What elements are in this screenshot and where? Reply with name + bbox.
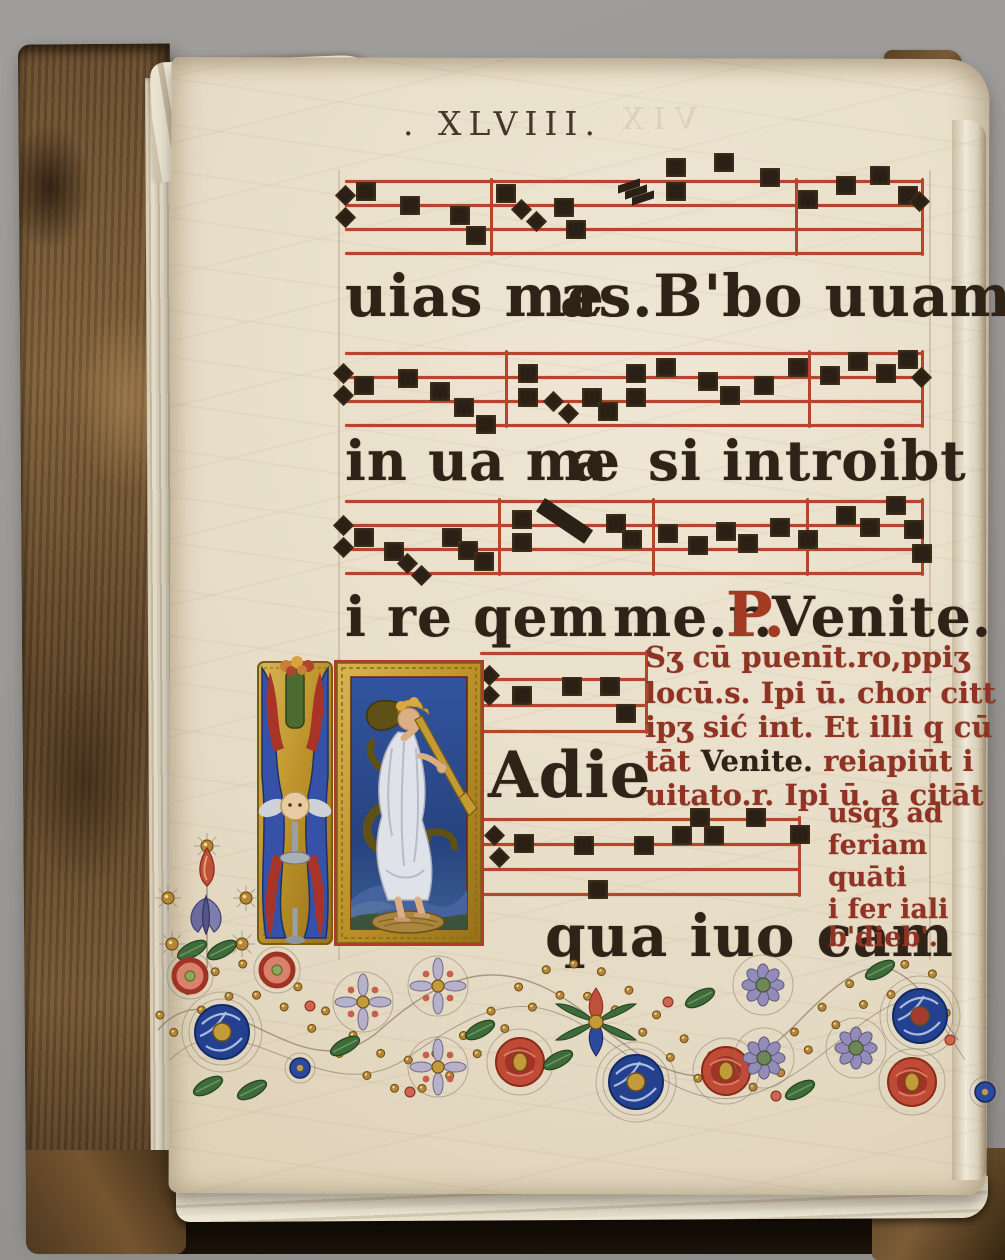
staff-line <box>345 352 923 355</box>
book-cover-corner-bottom-left <box>26 1150 186 1254</box>
neume-square <box>790 825 810 844</box>
side-rubric-line: b'dieb'. <box>828 922 938 953</box>
neume-square <box>904 520 924 539</box>
folio-number: . XLVIII. <box>0 104 1005 143</box>
neume-square <box>574 836 594 855</box>
neume-square <box>626 364 646 383</box>
staff-divider <box>652 498 655 576</box>
neume-square <box>720 386 740 405</box>
staff-line <box>480 652 646 655</box>
staff-line <box>480 868 800 871</box>
neume-square <box>466 226 486 245</box>
neume-square <box>912 544 932 563</box>
neume-square <box>600 677 620 696</box>
staff-divider <box>921 178 924 256</box>
neume-square <box>518 364 538 383</box>
lyric-line-3-left: i re qem <box>345 584 608 649</box>
neume-square <box>788 358 808 377</box>
side-rubric-line: i fer iali <box>828 894 948 925</box>
neume-square <box>634 836 654 855</box>
neume-square <box>626 388 646 407</box>
neume-square <box>514 834 534 853</box>
neume-square <box>566 220 586 239</box>
staff-divider <box>505 350 508 428</box>
staff-divider <box>921 350 924 428</box>
neume-square <box>562 677 582 696</box>
neume-square <box>770 518 790 537</box>
neume-square <box>616 704 636 723</box>
staff-divider <box>808 350 811 428</box>
lyric-line-2-mid: a <box>572 428 609 493</box>
side-rubric-line: usqʒ ad <box>828 798 943 829</box>
neume-square <box>598 402 618 421</box>
pillar-ornament <box>256 656 334 944</box>
neume-square <box>656 358 676 377</box>
showthrough-text: VIX <box>612 102 697 137</box>
neume-square <box>512 686 532 705</box>
neume-square <box>658 524 678 543</box>
staff-divider <box>498 498 501 576</box>
neume-square <box>704 826 724 845</box>
neume-square <box>738 534 758 553</box>
neume-square <box>354 528 374 547</box>
neume-square <box>666 182 686 201</box>
rubric-line: ipʒ sić int. Et illi q cū <box>645 710 993 744</box>
staff-line <box>345 424 923 427</box>
neume-square <box>666 158 686 177</box>
staff-line <box>345 500 923 503</box>
neume-square <box>588 880 608 899</box>
neume-square <box>400 196 420 215</box>
neume-square <box>512 533 532 552</box>
neume-square <box>870 166 890 185</box>
neume-square <box>450 206 470 225</box>
staff-line <box>345 252 923 255</box>
side-rubric-line: quāti <box>828 862 907 893</box>
neume-square <box>356 182 376 201</box>
rubric-line: Sʒ cū puenīt.ro,ppiʒ <box>645 640 970 674</box>
neume-square <box>714 153 734 172</box>
neume-square <box>554 198 574 217</box>
lyric-line-2-right: si introibt <box>648 428 967 493</box>
neume-square <box>454 398 474 417</box>
neume-square <box>798 530 818 549</box>
neume-square <box>622 530 642 549</box>
neume-square <box>886 496 906 515</box>
neume-square <box>848 352 868 371</box>
neume-square <box>398 369 418 388</box>
neume-square <box>496 184 516 203</box>
neume-square <box>876 364 896 383</box>
side-rubric-line: feriam <box>828 830 927 861</box>
neume-square <box>672 826 692 845</box>
neume-square <box>836 176 856 195</box>
neume-square <box>512 510 532 529</box>
manuscript-photo: . XLVIII. VIX uias me as.B'bo uuam in ua… <box>0 0 1005 1260</box>
neume-square <box>754 376 774 395</box>
neume-square <box>430 382 450 401</box>
neume-square <box>698 372 718 391</box>
neume-square <box>474 552 494 571</box>
rubric-line: locū.s. Ipi ū. chor citt <box>645 676 996 710</box>
staff-line <box>480 730 646 733</box>
neume-square <box>518 388 538 407</box>
miniature-angel-initial <box>256 656 486 948</box>
angel-panel <box>334 660 484 946</box>
rubric-line: tāt Venite. reiapiūt i <box>645 744 974 778</box>
initial-word: Adie <box>488 738 651 813</box>
staff-line <box>480 893 800 896</box>
neume-square <box>898 350 918 369</box>
neume-square <box>354 376 374 395</box>
neume-square <box>836 506 856 525</box>
staff-divider <box>490 178 493 256</box>
neume-square <box>716 522 736 541</box>
lyric-line-1-right: as.B'bo uuam <box>560 262 1005 330</box>
neume-square <box>760 168 780 187</box>
neume-square <box>688 536 708 555</box>
neume-square <box>798 190 818 209</box>
neume-square <box>860 518 880 537</box>
staff-line <box>345 228 923 231</box>
neume-square <box>820 366 840 385</box>
